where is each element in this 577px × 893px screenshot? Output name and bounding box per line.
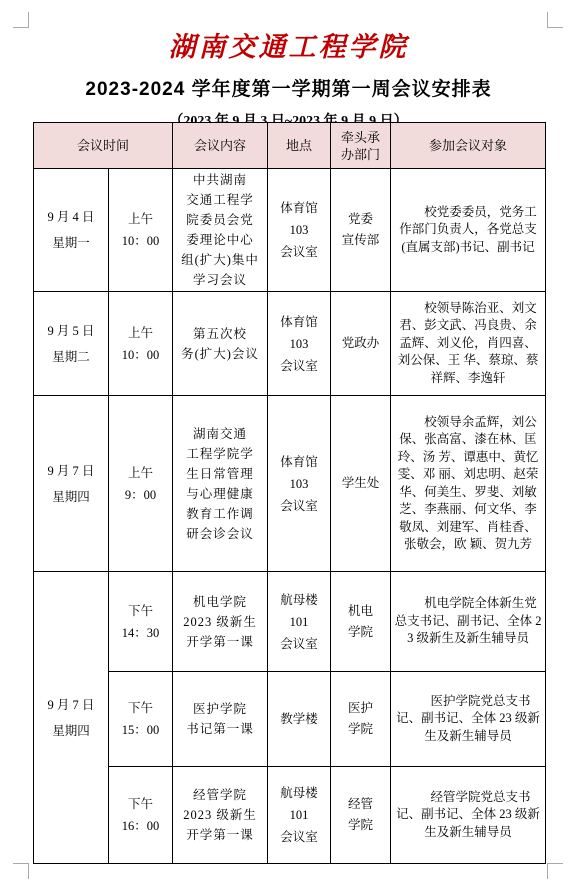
participants-cell: 校党委委员，党务工作部门负责人，各党总支(直属支部)书记、副书记 [391,169,546,292]
date-cell: 9 月 4 日 星期一 [34,169,109,292]
participants-cell: 校领导余孟辉，刘公保、张高富、漆在林、匡 玲、汤 芳、谭惠中、黄忆雯、邓 丽、刘… [391,396,546,572]
time-cell: 下午 15：00 [109,672,173,767]
page-title: 湖南交通工程学院 [0,25,577,64]
crop-mark-bottom-right-icon [547,863,563,879]
participants-cell: 医护学院党总支书记、副书记、全体 23 级新生及新生辅导员 [391,672,546,767]
department-cell: 学生处 [331,396,391,572]
table-row: 下午 15：00 医护学院 书记第一课 教学楼 医护 学院 医护学院党总支书记、… [34,672,546,767]
time-cell: 上午 10：00 [109,169,173,292]
table-row: 下午 16：00 经管学院 2023 级新生 开学第一课 航母楼 101 会议室… [34,767,546,864]
location-cell: 航母楼 101 会议室 [268,767,331,864]
document-page: 湖南交通工程学院 2023-2024 学年度第一学期第一周会议安排表 （2023… [0,0,577,893]
content-cell: 经管学院 2023 级新生 开学第一课 [173,767,268,864]
table-row: 9 月 7 日 星期四 下午 14：30 机电学院 2023 级新生 开学第一课… [34,572,546,672]
header-location: 地点 [268,123,331,169]
header-department: 牵头承 办部门 [331,123,391,169]
date-cell: 9 月 7 日 星期四 [34,396,109,572]
location-cell: 教学楼 [268,672,331,767]
location-cell: 体育馆 103 会议室 [268,396,331,572]
location-cell: 航母楼 101 会议室 [268,572,331,672]
page-subtitle: 2023-2024 学年度第一学期第一周会议安排表 [0,74,577,101]
date-cell-merged: 9 月 7 日 星期四 [34,572,109,864]
meeting-schedule-table: 会议时间 会议内容 地点 牵头承 办部门 参加会议对象 9 月 4 日 星期一 … [33,122,546,864]
content-cell: 湖南交通 工程学院学 生日常管理 与心理健康 教育工作调 研会诊会议 [173,396,268,572]
participants-cell: 机电学院全体新生党总支书记、副书记、全体 23 级新生及新生辅导员 [391,572,546,672]
content-cell: 机电学院 2023 级新生 开学第一课 [173,572,268,672]
crop-mark-top-right-icon [547,12,563,28]
time-cell: 下午 16：00 [109,767,173,864]
participants-cell: 校领导陈治亚、刘文君、彭文武、冯良贵、余孟辉、刘义伦，肖四喜、刘公保、王 华、蔡… [391,292,546,396]
date-cell: 9 月 5 日 星期二 [34,292,109,396]
time-cell: 上午 10：00 [109,292,173,396]
content-cell: 医护学院 书记第一课 [173,672,268,767]
location-cell: 体育馆 103 会议室 [268,292,331,396]
table-row: 9 月 7 日 星期四 上午 9：00 湖南交通 工程学院学 生日常管理 与心理… [34,396,546,572]
crop-mark-bottom-left-icon [13,863,29,879]
participants-cell: 经管学院党总支书记、副书记、全体 23 级新生及新生辅导员 [391,767,546,864]
header-participants: 参加会议对象 [391,123,546,169]
content-cell: 中共湖南 交通工程学 院委员会党 委理论中心 组(扩大)集中 学习会议 [173,169,268,292]
crop-mark-top-left-icon [13,12,29,28]
header-meeting-time: 会议时间 [34,123,173,169]
department-cell: 经管 学院 [331,767,391,864]
header-meeting-content: 会议内容 [173,123,268,169]
table-row: 9 月 4 日 星期一 上午 10：00 中共湖南 交通工程学 院委员会党 委理… [34,169,546,292]
content-cell: 第五次校 务(扩大)会议 [173,292,268,396]
department-cell: 医护 学院 [331,672,391,767]
table-row: 9 月 5 日 星期二 上午 10：00 第五次校 务(扩大)会议 体育馆 10… [34,292,546,396]
table-header-row: 会议时间 会议内容 地点 牵头承 办部门 参加会议对象 [34,123,546,169]
location-cell: 体育馆 103 会议室 [268,169,331,292]
department-cell: 党政办 [331,292,391,396]
department-cell: 党委 宣传部 [331,169,391,292]
time-cell: 上午 9：00 [109,396,173,572]
department-cell: 机电 学院 [331,572,391,672]
time-cell: 下午 14：30 [109,572,173,672]
